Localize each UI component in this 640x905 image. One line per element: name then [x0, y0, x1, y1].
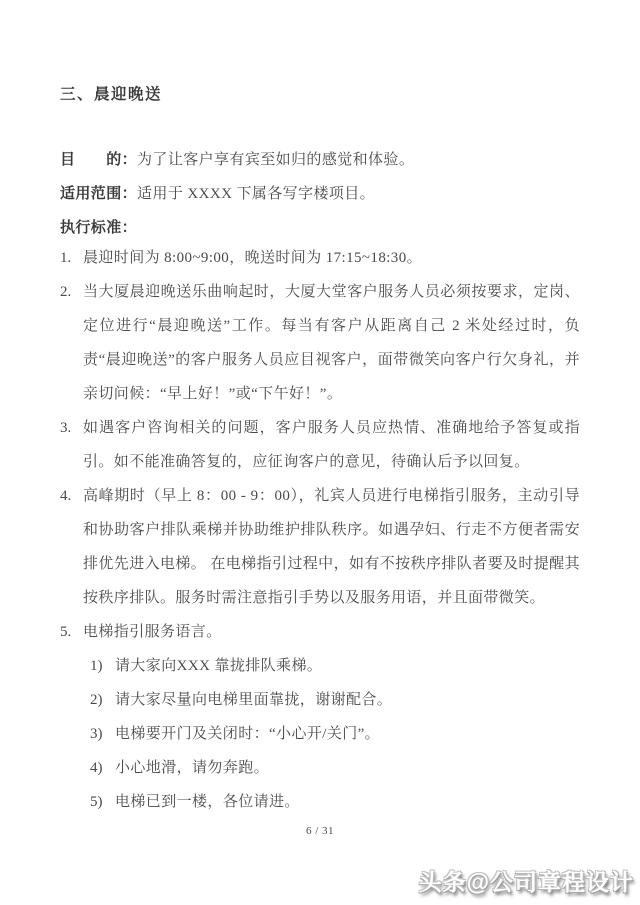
sub-list-item-number: 2) — [90, 683, 103, 717]
sub-list-item-number: 1) — [90, 649, 103, 683]
sub-list-item: 4) 小心地滑，请勿奔跑。 — [83, 751, 580, 785]
sub-list-item: 2) 请大家尽量向电梯里面靠拢，谢谢配合。 — [83, 683, 580, 717]
sub-list-item-text: 小心地滑，请勿奔跑。 — [115, 760, 269, 776]
list-item: 1. 晨迎时间为 8:00~9:00，晚送时间为 17:15~18:30。 — [60, 241, 580, 275]
scope-line: 适用范围：适用于 XXXX 下属各写字楼项目。 — [60, 177, 580, 211]
purpose-line: 目 的：为了让客户享有宾至如归的感觉和体验。 — [60, 143, 580, 177]
sub-list-item-number: 4) — [90, 751, 103, 785]
standards-line: 执行标准： — [60, 211, 580, 245]
list-item-number: 1. — [60, 241, 71, 275]
scope-text: 适用于 XXXX 下属各写字楼项目。 — [137, 186, 375, 202]
document-page: 三、晨迎晚送 目 的：为了让客户享有宾至如归的感觉和体验。 适用范围：适用于 X… — [0, 0, 640, 905]
sub-list-item: 3) 电梯要开门及关闭时：“小心开/关门”。 — [83, 717, 580, 751]
list-item: 2. 当大厦晨迎晚送乐曲响起时，大厦大堂客户服务人员必须按要求，定岗、定位进行“… — [60, 275, 580, 411]
sub-list-item-text: 电梯已到一楼，各位请进。 — [115, 794, 300, 810]
list-item-number: 5. — [60, 615, 71, 649]
list-item-text: 高峰期时（早上 8：00 - 9：00），礼宾人员进行电梯指引服务，主动引导和协… — [83, 488, 580, 606]
sub-list-item-text: 电梯要开门及关闭时：“小心开/关门”。 — [115, 726, 380, 742]
list-item: 5. 电梯指引服务语言。 1) 请大家向XXX 靠拢排队乘梯。 2) 请大家尽量… — [60, 615, 580, 819]
sub-list-item-number: 5) — [90, 785, 103, 819]
sub-list-item: 5) 电梯已到一楼，各位请进。 — [83, 785, 580, 819]
sub-list-item-number: 3) — [90, 717, 103, 751]
sub-list-item-text: 请大家尽量向电梯里面靠拢，谢谢配合。 — [115, 692, 392, 708]
scope-label: 适用范围： — [60, 185, 137, 202]
list-item: 3. 如遇客户咨询相关的问题，客户服务人员应热情、准确地给予答复或指引。如不能准… — [60, 411, 580, 479]
watermark-text: 头条@公司章程设计 — [419, 864, 634, 897]
meta-block: 目 的：为了让客户享有宾至如归的感觉和体验。 适用范围：适用于 XXXX 下属各… — [60, 143, 580, 245]
list-item-text: 当大厦晨迎晚送乐曲响起时，大厦大堂客户服务人员必须按要求，定岗、定位进行“晨迎晚… — [83, 284, 580, 402]
list-item-text: 晨迎时间为 8:00~9:00，晚送时间为 17:15~18:30。 — [83, 250, 422, 266]
list-item: 4. 高峰期时（早上 8：00 - 9：00），礼宾人员进行电梯指引服务，主动引… — [60, 479, 580, 615]
list-item-number: 4. — [60, 479, 71, 513]
sub-list-item: 1) 请大家向XXX 靠拢排队乘梯。 — [83, 649, 580, 683]
purpose-label: 目 的： — [60, 151, 137, 168]
standards-label: 执行标准： — [60, 219, 137, 236]
section-heading: 三、晨迎晚送 — [60, 86, 580, 104]
list-item-number: 2. — [60, 275, 71, 309]
list-item-text: 电梯指引服务语言。 — [83, 624, 222, 640]
purpose-text: 为了让客户享有宾至如归的感觉和体验。 — [137, 152, 414, 168]
page-number: 6 / 31 — [0, 824, 640, 838]
list-item-text: 如遇客户咨询相关的问题，客户服务人员应热情、准确地给予答复或指引。如不能准确答复… — [83, 420, 580, 470]
list-item-number: 3. — [60, 411, 71, 445]
standards-list: 1. 晨迎时间为 8:00~9:00，晚送时间为 17:15~18:30。 2.… — [60, 241, 580, 819]
sub-list-item-text: 请大家向XXX 靠拢排队乘梯。 — [115, 658, 322, 674]
